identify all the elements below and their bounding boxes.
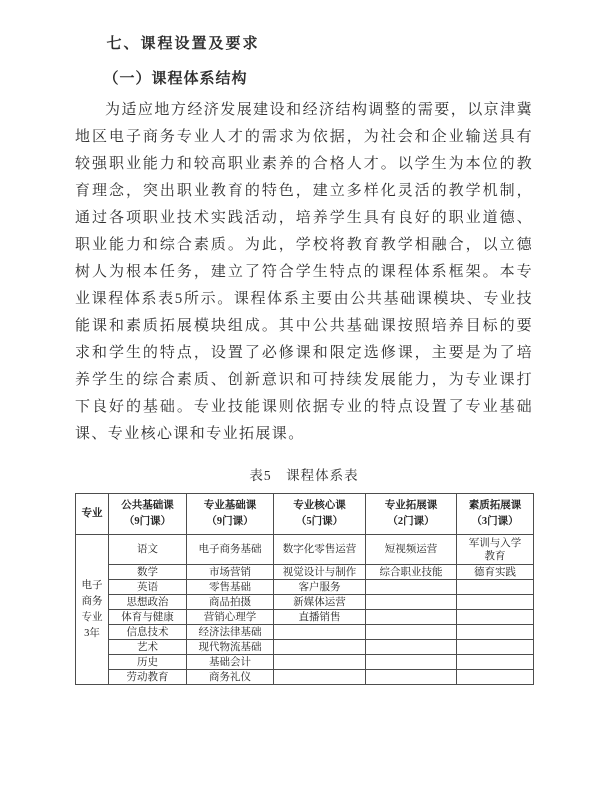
major-cell: 电子商务专业3年 — [76, 535, 109, 685]
table-cell: 信息技术 — [109, 625, 187, 640]
table-cell: 零售基础 — [187, 580, 274, 595]
table-cell: 思想政治 — [109, 595, 187, 610]
table-cell: 语文 — [109, 535, 187, 565]
header-major-extend: 专业拓展课 （2门课） — [366, 494, 457, 535]
table-row: 艺术 现代物流基础 — [76, 640, 534, 655]
table-cell: 体育与健康 — [109, 610, 187, 625]
table-cell: 商品拍摄 — [187, 595, 274, 610]
table-cell — [366, 640, 457, 655]
table-cell — [366, 610, 457, 625]
table-cell: 新媒体运营 — [274, 595, 366, 610]
header-major-basic: 专业基础课 （9门课） — [187, 494, 274, 535]
table-cell: 商务礼仪 — [187, 670, 274, 685]
table-row: 劳动教育 商务礼仪 — [76, 670, 534, 685]
table-cell: 艺术 — [109, 640, 187, 655]
table-row: 体育与健康 营销心理学 直播销售 — [76, 610, 534, 625]
table-header-row: 专业 公共基础课 （9门课） 专业基础课 （9门课） 专业核心课 （5门课） 专… — [76, 494, 534, 535]
table-cell: 经济法律基础 — [187, 625, 274, 640]
table-cell — [457, 640, 534, 655]
table-cell: 短视频运营 — [366, 535, 457, 565]
table-cell — [366, 580, 457, 595]
table-cell — [457, 580, 534, 595]
table-cell — [457, 670, 534, 685]
table-cell — [457, 610, 534, 625]
table-cell: 基础会计 — [187, 655, 274, 670]
table-cell: 现代物流基础 — [187, 640, 274, 655]
table-row: 思想政治 商品拍摄 新媒体运营 — [76, 595, 534, 610]
body-paragraph: 为适应地方经济发展建设和经济结构调整的需要，以京津冀地区电子商务专业人才的需求为… — [75, 97, 533, 448]
document-page: 七、课程设置及要求 （一）课程体系结构 为适应地方经济发展建设和经济结构调整的需… — [0, 0, 600, 800]
table-cell: 视觉设计与制作 — [274, 565, 366, 580]
curriculum-table: 专业 公共基础课 （9门课） 专业基础课 （9门课） 专业核心课 （5门课） 专… — [75, 493, 534, 685]
table-row: 英语 零售基础 客户服务 — [76, 580, 534, 595]
table-row: 历史 基础会计 — [76, 655, 534, 670]
header-public-basic: 公共基础课 （9门课） — [109, 494, 187, 535]
table-cell — [274, 670, 366, 685]
table-cell — [457, 655, 534, 670]
table-cell: 劳动教育 — [109, 670, 187, 685]
table-cell — [366, 655, 457, 670]
table-cell — [366, 625, 457, 640]
table-cell — [457, 625, 534, 640]
header-major-core: 专业核心课 （5门课） — [274, 494, 366, 535]
table-cell: 直播销售 — [274, 610, 366, 625]
table-row: 信息技术 经济法律基础 — [76, 625, 534, 640]
table-cell: 数学 — [109, 565, 187, 580]
table-cell: 客户服务 — [274, 580, 366, 595]
table-cell — [274, 625, 366, 640]
table-cell — [457, 595, 534, 610]
table-cell — [366, 595, 457, 610]
table-cell — [274, 640, 366, 655]
table-cell: 军训与入学教育 — [457, 535, 534, 565]
table-row: 电子商务专业3年 语文 电子商务基础 数字化零售运营 短视频运营 军训与入学教育 — [76, 535, 534, 565]
document-content: 七、课程设置及要求 （一）课程体系结构 为适应地方经济发展建设和经济结构调整的需… — [75, 34, 533, 685]
table-cell: 英语 — [109, 580, 187, 595]
table-cell: 德育实践 — [457, 565, 534, 580]
table-cell: 电子商务基础 — [187, 535, 274, 565]
header-major: 专业 — [76, 494, 109, 535]
table-cell: 营销心理学 — [187, 610, 274, 625]
subsection-heading: （一）课程体系结构 — [75, 69, 533, 89]
section-heading: 七、课程设置及要求 — [75, 34, 533, 54]
header-quality-extend: 素质拓展课 （3门课） — [457, 494, 534, 535]
table-cell: 历史 — [109, 655, 187, 670]
table-cell: 综合职业技能 — [366, 565, 457, 580]
table-cell — [274, 655, 366, 670]
table-cell — [366, 670, 457, 685]
table-row: 数学 市场营销 视觉设计与制作 综合职业技能 德育实践 — [76, 565, 534, 580]
table-cell: 数字化零售运营 — [274, 535, 366, 565]
table-caption: 表5 课程体系表 — [75, 464, 533, 484]
table-cell: 市场营销 — [187, 565, 274, 580]
